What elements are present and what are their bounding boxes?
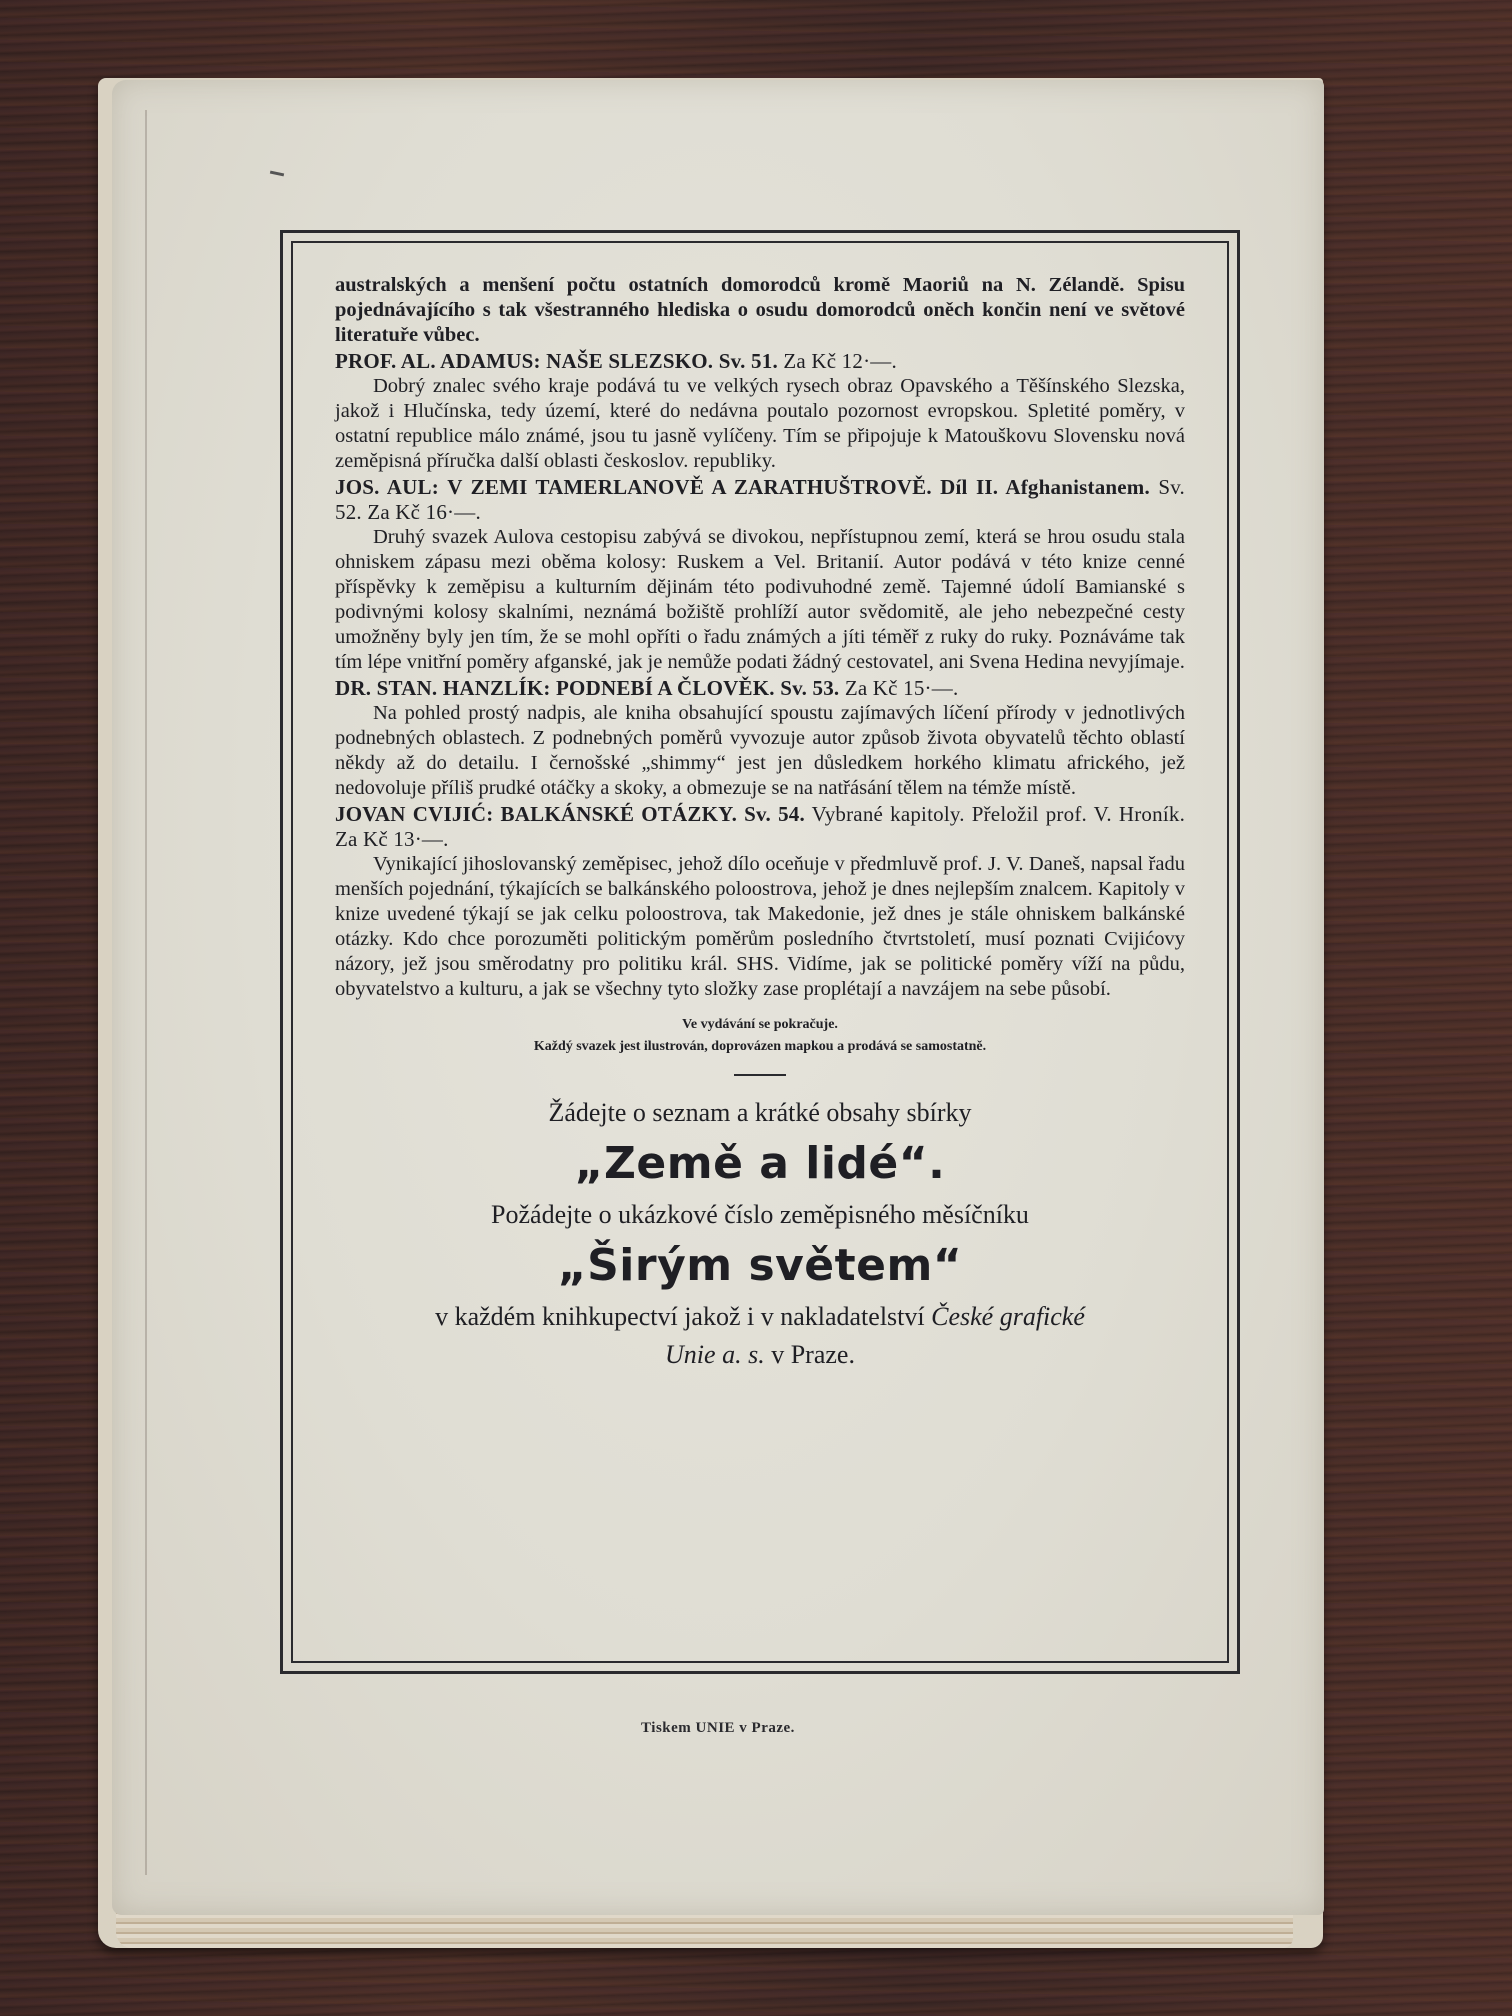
booklet-back-cover: australských a menšení počtu ostatních d… [112, 80, 1324, 1915]
pencil-mark [270, 171, 284, 177]
continuing-note: Ve vydávání se pokračuje. [335, 1014, 1185, 1036]
entry-description-53: Na pohled prostý nadpis, ale kniha obsah… [335, 701, 1185, 801]
entry-title: V ZEMI TAMERLANOVĚ A ZARATHUŠTROVĚ. [447, 475, 931, 499]
entry-author: DR. STAN. HANZLÍK: [335, 676, 551, 700]
entry-price: Za Kč 16·—. [367, 500, 481, 524]
entry-price: Za Kč 13·—. [335, 827, 449, 851]
entry-heading-51: PROF. AL. ADAMUS: NAŠE SLEZSKO. Sv. 51. … [335, 349, 1185, 374]
double-rule-frame: australských a menšení počtu ostatních d… [280, 230, 1240, 1674]
entry-title: BALKÁNSKÉ OTÁZKY. [501, 802, 738, 826]
entry-price: Za Kč 12·—. [783, 349, 897, 373]
entry-volume: Sv. 51. [719, 349, 778, 373]
entry-description-54: Vynikající jihoslovanský zeměpisec, jeho… [335, 852, 1185, 1002]
entry-subtitle: Vybrané kapitoly. Přeložil prof. V. Hron… [812, 802, 1185, 826]
printer-imprint: Tiskem UNIE v Praze. [112, 1720, 1324, 1737]
advert-publisher: Unie a. s. v Praze. [335, 1336, 1185, 1374]
entry-author: PROF. AL. ADAMUS: [335, 349, 541, 373]
entry-author: JOS. AUL: [335, 475, 439, 499]
entry-description-52: Druhý svazek Aulova cestopisu zabývá se … [335, 525, 1185, 675]
publisher-name: České grafické [931, 1302, 1085, 1331]
advert-request-sample: Požádejte o ukázkové číslo zeměpisného m… [335, 1196, 1185, 1234]
catalogue-text: australských a menšení počtu ostatních d… [335, 273, 1185, 1374]
publisher-city: v Praze. [771, 1340, 855, 1369]
advert-where: v každém knihkupectví jakož i v nakladat… [335, 1298, 1185, 1336]
entry-heading-52: JOS. AUL: V ZEMI TAMERLANOVĚ A ZARATHUŠT… [335, 475, 1185, 525]
entry-title: NAŠE SLEZSKO. [546, 349, 713, 373]
intro-continuation: australských a menšení počtu ostatních d… [335, 273, 1185, 348]
illustrated-note: Každý svazek jest ilustrován, doprovázen… [335, 1036, 1185, 1058]
entry-price: Za Kč 15·—. [845, 676, 959, 700]
entry-volume: Sv. 53. [780, 676, 839, 700]
publisher-name-cont: Unie a. s. [665, 1340, 765, 1369]
entry-heading-54: JOVAN CVIJIĆ: BALKÁNSKÉ OTÁZKY. Sv. 54. … [335, 802, 1185, 852]
entry-subtitle: Díl II. Afghanistanem. [940, 475, 1150, 499]
entry-description-51: Dobrý znalec svého kraje podává tu ve ve… [335, 374, 1185, 474]
entry-author: JOVAN CVIJIĆ: [335, 802, 493, 826]
series-title: „Země a lidé“. [335, 1132, 1185, 1196]
divider [734, 1074, 786, 1076]
entry-title: PODNEBÍ A ČLOVĚK. [556, 676, 775, 700]
advert-request-list: Žádejte o seznam a krátké obsahy sbírky [335, 1094, 1185, 1132]
advert-where-plain: v každém knihkupectví jakož i v nakladat… [435, 1302, 925, 1331]
entry-volume: Sv. 54. [744, 802, 805, 826]
magazine-title: „Širým světem“ [335, 1234, 1185, 1298]
entry-heading-53: DR. STAN. HANZLÍK: PODNEBÍ A ČLOVĚK. Sv.… [335, 676, 1185, 701]
spine-fold [145, 110, 147, 1875]
